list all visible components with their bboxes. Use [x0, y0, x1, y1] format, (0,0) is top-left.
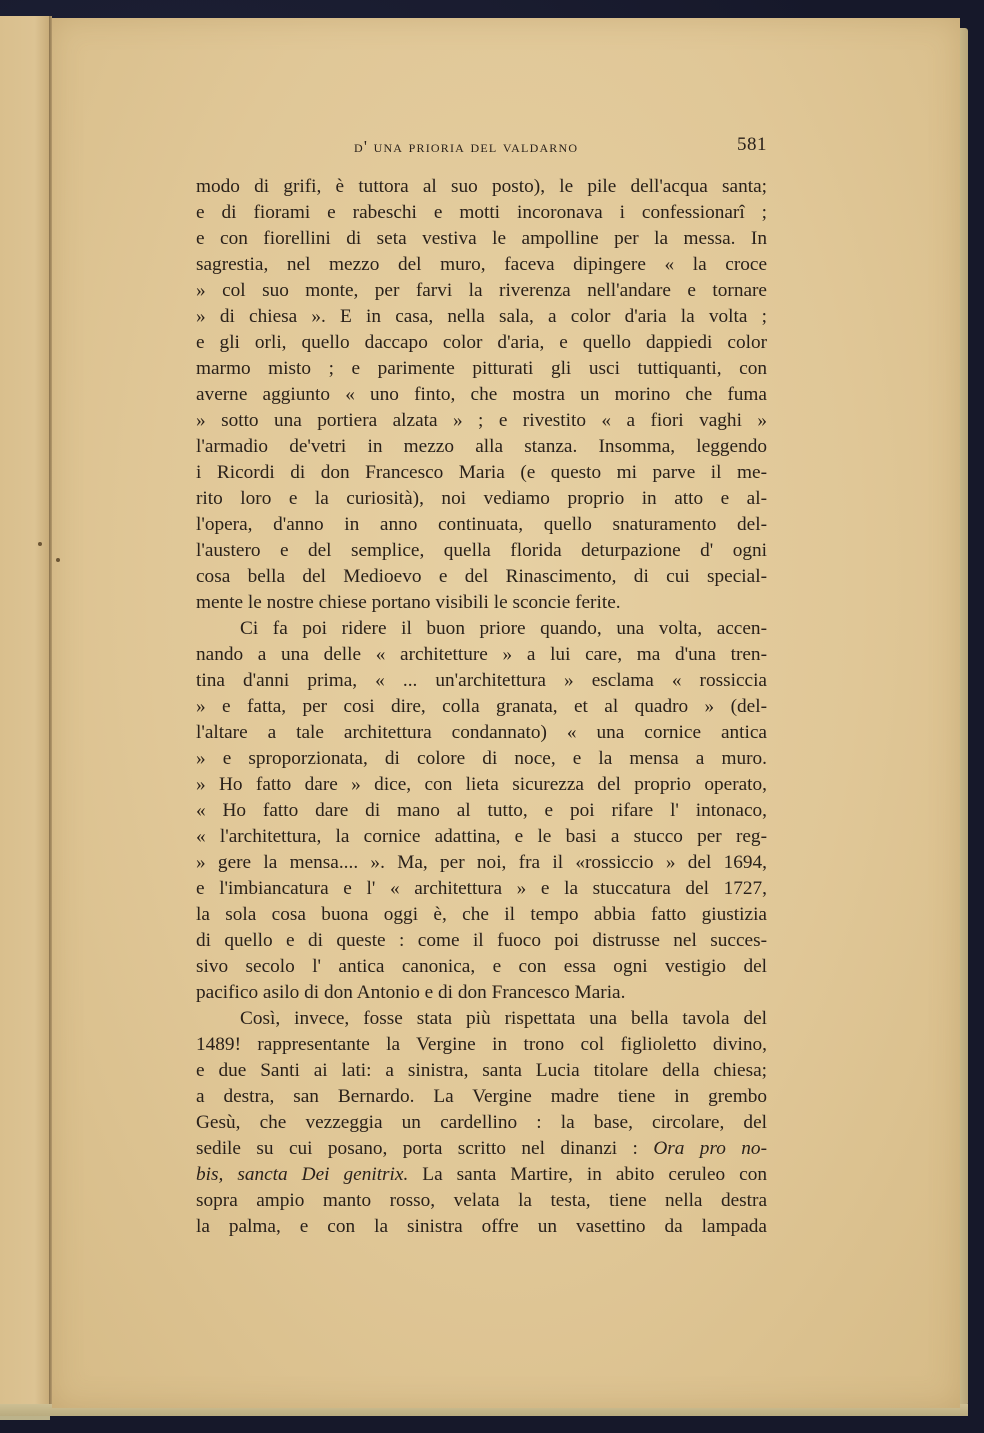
text-line: sivo secolo l' antica canonica, e con es…	[196, 954, 767, 980]
text-line: e l'imbiancatura e l' « architettura » e…	[196, 876, 767, 902]
text-line: modo di grifi, è tuttora al suo posto), …	[196, 174, 767, 200]
text-line: cosa bella del Medioevo e del Rinascimen…	[196, 564, 767, 590]
text-line: l'altare a tale architettura condannato)…	[196, 720, 767, 746]
text-line: » e sproporzionata, di colore di noce, e…	[196, 746, 767, 772]
paper-speck	[38, 542, 42, 546]
text-line-with-italic: bis, sancta Dei genitrix. La santa Marti…	[196, 1162, 767, 1188]
text-line: a destra, san Bernardo. La Vergine madre…	[196, 1084, 767, 1110]
text-line: l'austero e del semplice, quella florida…	[196, 538, 767, 564]
running-title: D' UNA PRIORIA DEL VALDARNO	[354, 137, 578, 157]
text-line: la palma, e con la sinistra offre un vas…	[196, 1214, 767, 1240]
paper-speck	[56, 558, 60, 562]
text-line: Gesù, che vezzeggia un cardellino : la b…	[196, 1110, 767, 1136]
text-line: e con fiorellini di seta vestiva le ampo…	[196, 226, 767, 252]
text-line: l'armadio de'vetri in mezzo alla stanza.…	[196, 434, 767, 460]
text-line: la sola cosa buona oggi è, che il tempo …	[196, 902, 767, 928]
paragraph-1: modo di grifi, è tuttora al suo posto), …	[196, 174, 767, 616]
text-line: tina d'anni prima, « ... un'architettura…	[196, 668, 767, 694]
text-line: » di chiesa ». E in casa, nella sala, a …	[196, 304, 767, 330]
body-text: modo di grifi, è tuttora al suo posto), …	[196, 174, 767, 1240]
text-line: mente le nostre chiese portano visibili …	[196, 590, 767, 616]
paragraph-2: Ci fa poi ridere il buon priore quando, …	[196, 616, 767, 1006]
page-number: 581	[737, 134, 767, 156]
paragraph-3: Così, invece, fosse stata più rispettata…	[196, 1006, 767, 1240]
facing-page-edge	[0, 16, 50, 1420]
text-line: 1489! rappresentante la Vergine in trono…	[196, 1032, 767, 1058]
text-line: sopra ampio manto rosso, velata la testa…	[196, 1188, 767, 1214]
text-line: i Ricordi di don Francesco Maria (e ques…	[196, 460, 767, 486]
text-line: pacifico asilo di don Antonio e di don F…	[196, 980, 767, 1006]
text-line: « l'architettura, la cornice adattina, e…	[196, 824, 767, 850]
latin-inscription: Ora pro no-	[653, 1138, 767, 1159]
text-line: sagrestia, nel mezzo del muro, faceva di…	[196, 252, 767, 278]
text-line: marmo misto ; e parimente pitturati gli …	[196, 356, 767, 382]
text-line: averne aggiunto « uno finto, che mostra …	[196, 382, 767, 408]
text-line: e due Santi ai lati: a sinistra, santa L…	[196, 1058, 767, 1084]
text-line: e di fiorami e rabeschi e motti incorona…	[196, 200, 767, 226]
page-text-block: D' UNA PRIORIA DEL VALDARNO 581 modo di …	[196, 134, 767, 1240]
text-line: « Ho fatto dare di mano al tutto, e poi …	[196, 798, 767, 824]
text-fragment: sedile su cui posano, porta scritto nel …	[196, 1138, 638, 1159]
text-line: » col suo monte, per farvi la riverenza …	[196, 278, 767, 304]
text-line: » e fatta, per cosi dire, colla granata,…	[196, 694, 767, 720]
text-line-with-italic: sedile su cui posano, porta scritto nel …	[196, 1136, 767, 1162]
text-line: Così, invece, fosse stata più rispettata…	[196, 1006, 767, 1032]
latin-inscription: bis, sancta Dei genitrix.	[196, 1164, 408, 1185]
running-head: D' UNA PRIORIA DEL VALDARNO 581	[196, 134, 767, 160]
text-line: l'opera, d'anno in anno continuata, quel…	[196, 512, 767, 538]
text-line: e gli orli, quello daccapo color d'aria,…	[196, 330, 767, 356]
text-line: nando a una delle « architetture » a lui…	[196, 642, 767, 668]
text-line: di quello e di queste : come il fuoco po…	[196, 928, 767, 954]
text-fragment: La santa Martire, in abito ceruleo con	[422, 1164, 767, 1185]
text-line: rito loro e la curiosità), noi vediamo p…	[196, 486, 767, 512]
text-line: Ci fa poi ridere il buon priore quando, …	[196, 616, 767, 642]
text-line: » Ho fatto dare » dice, con lieta sicure…	[196, 772, 767, 798]
text-line: » gere la mensa.... ». Ma, per noi, fra …	[196, 850, 767, 876]
text-line: » sotto una portiera alzata » ; e rivest…	[196, 408, 767, 434]
